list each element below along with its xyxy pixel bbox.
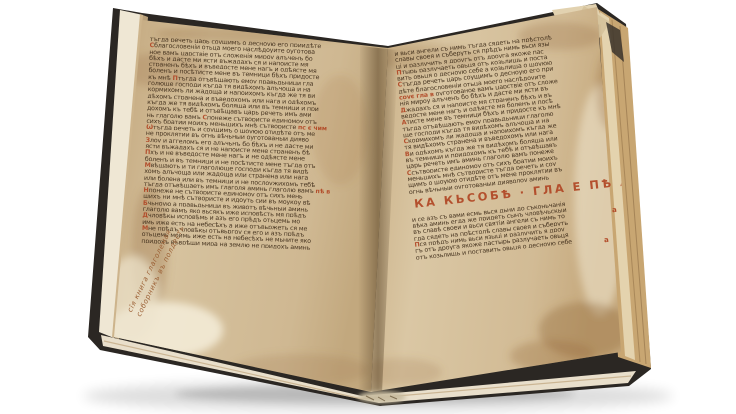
- spine-fraying: [358, 391, 406, 403]
- red-margin-note: а: [604, 236, 610, 244]
- left-page-text: тъгда речеть царь соущимъ о десноую его …: [141, 35, 366, 252]
- book-illustration: [0, 0, 736, 414]
- photo-of-open-manuscript: тъгда речеть царь соущимъ о десноую его …: [0, 0, 736, 414]
- right-page-text: и вьси ангели съ нимь тъгда сядеть на пр…: [394, 28, 627, 260]
- left-page-lines: тъгда речеть царь соущимъ о десноую его …: [141, 35, 366, 252]
- red-margin-note: а: [612, 206, 618, 214]
- right-page-lines-top: и вьси ангели съ нимь тъгда сядеть на пр…: [394, 28, 620, 194]
